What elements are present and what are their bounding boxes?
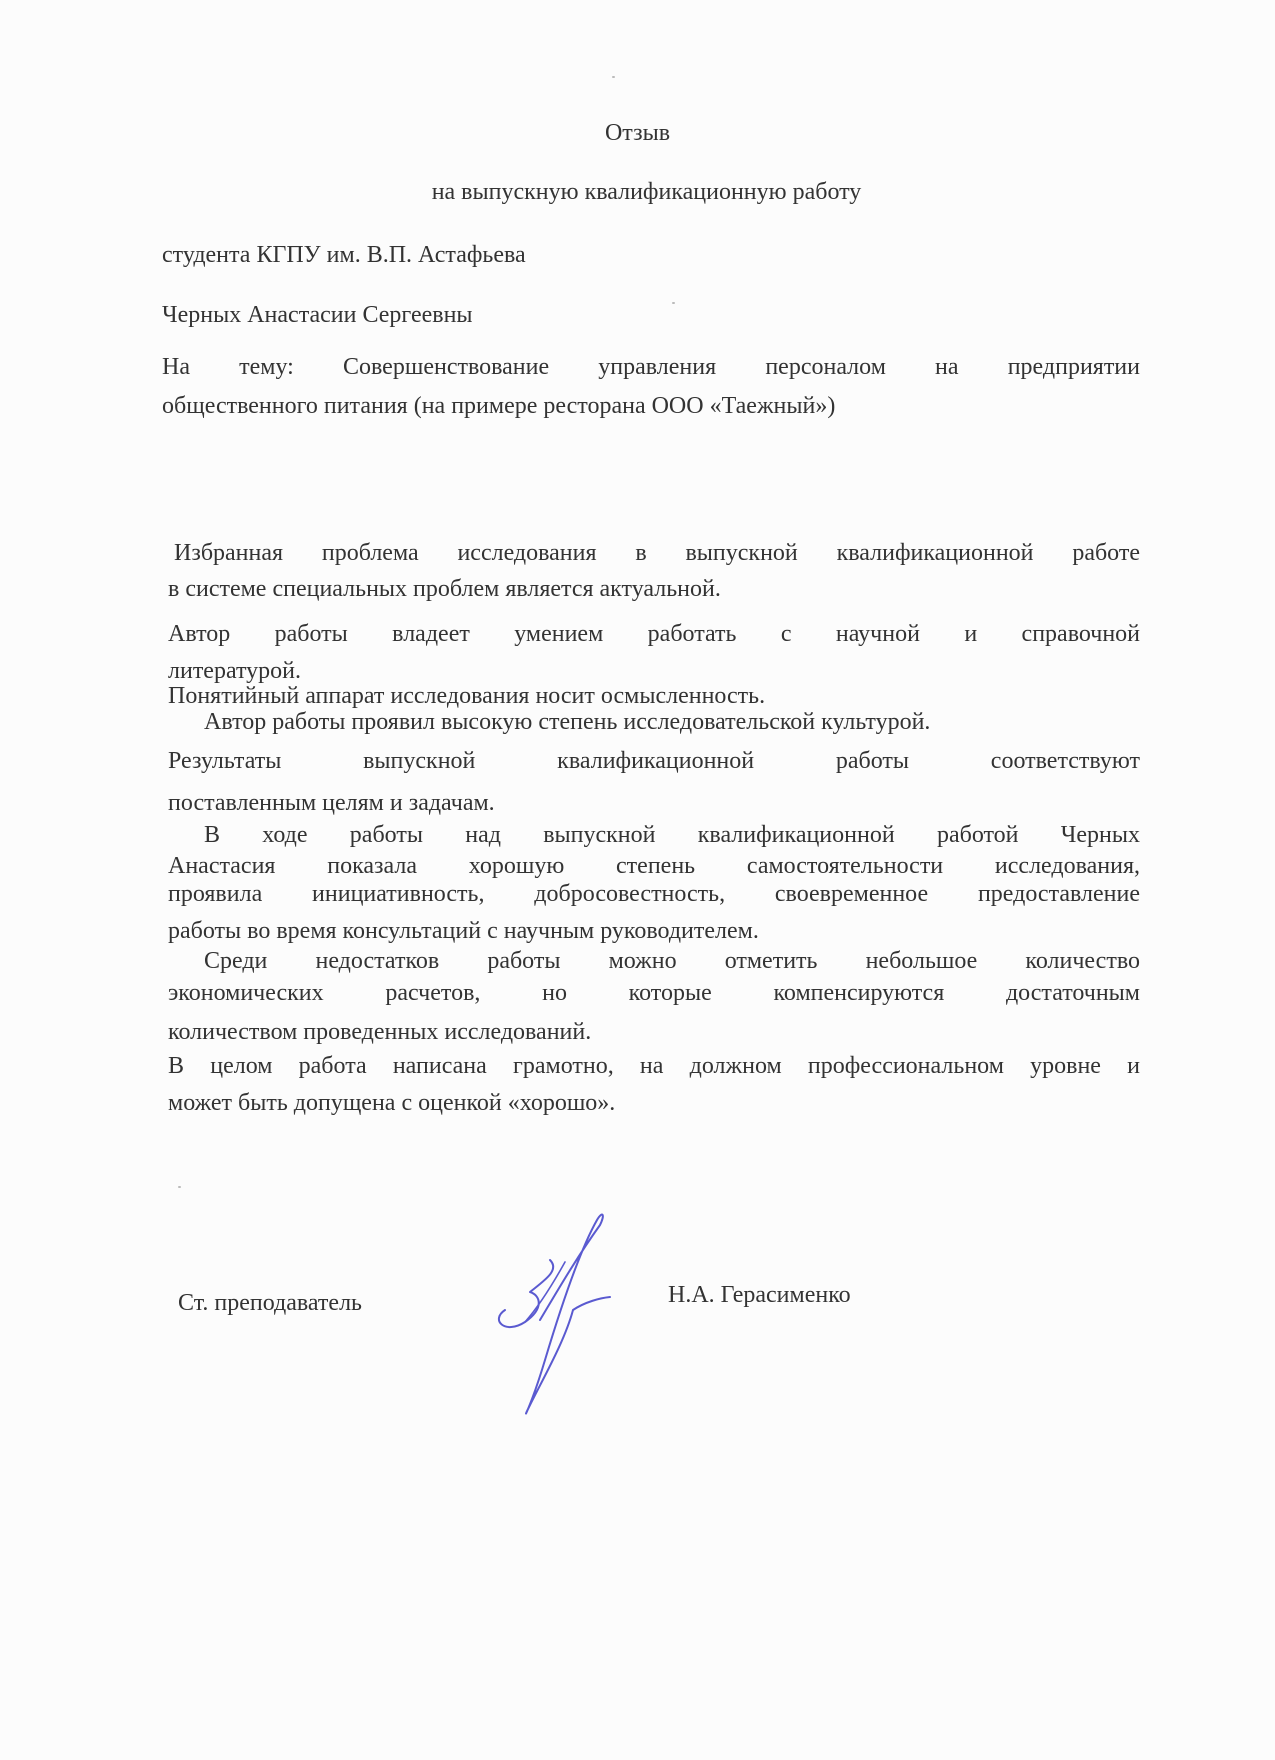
student-affiliation: студента КГПУ им. В.П. Астафьева xyxy=(162,240,526,270)
body-line: Избранная проблема исследования в выпуск… xyxy=(168,538,1140,568)
topic-line-2: общественного питания (на примере рестор… xyxy=(162,391,835,421)
body-line: экономических расчетов, но которые компе… xyxy=(168,978,1140,1008)
student-name: Черных Анастасии Сергеевны xyxy=(162,300,473,330)
body-line: проявила инициативность, добросовестност… xyxy=(168,879,1140,909)
document-title: Отзыв xyxy=(0,118,1275,148)
signer-position: Ст. преподаватель xyxy=(178,1288,362,1318)
handwritten-signature-icon xyxy=(485,1200,655,1440)
body-line: поставленным целям и задачам. xyxy=(168,788,495,818)
scan-artifact xyxy=(178,1186,181,1188)
body-line: В ходе работы над выпускной квалификацио… xyxy=(168,820,1140,850)
body-line: Среди недостатков работы можно отметить … xyxy=(168,946,1140,976)
body-line: Автор работы проявил высокую степень исс… xyxy=(168,707,930,737)
review-document-page: Отзыв на выпускную квалификационную рабо… xyxy=(0,0,1275,1760)
scan-artifact xyxy=(612,76,615,78)
body-line: в системе специальных проблем является а… xyxy=(168,574,721,604)
body-line: Автор работы владеет умением работать с … xyxy=(168,619,1140,649)
body-line: может быть допущена с оценкой «хорошо». xyxy=(168,1088,615,1118)
body-line: В целом работа написана грамотно, на дол… xyxy=(168,1051,1140,1081)
body-line: количеством проведенных исследований. xyxy=(168,1017,591,1047)
body-line: работы во время консультаций с научным р… xyxy=(168,916,759,946)
body-line: Результаты выпускной квалификационной ра… xyxy=(168,746,1140,776)
document-subtitle: на выпускную квалификационную работу xyxy=(0,177,1275,207)
body-line: Анастасия показала хорошую степень самос… xyxy=(168,851,1140,881)
scan-artifact xyxy=(672,302,675,304)
topic-line-1: На тему: Совершенствование управления пе… xyxy=(162,352,1140,382)
signer-name: Н.А. Герасименко xyxy=(668,1280,851,1310)
